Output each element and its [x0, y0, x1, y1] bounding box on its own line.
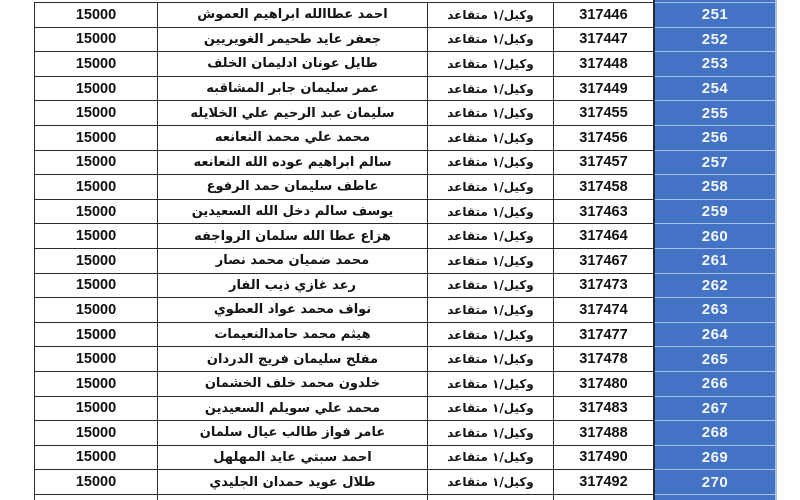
table-row: 15000محمد علي سويلم السعيدينوكيل/١ متقاع…	[35, 396, 654, 421]
id-cell: 317464	[554, 224, 654, 249]
rank-cell: وكيل/١ متقاعد	[428, 175, 554, 200]
serial-cell: 251	[655, 3, 775, 28]
id-cell: 317480	[554, 371, 654, 396]
table-row: 15000عمر سليمان جابر المشاقبهوكيل/١ متقا…	[35, 76, 654, 101]
empty-cell	[158, 494, 428, 500]
amount-cell: 15000	[35, 199, 158, 224]
amount-cell: 15000	[35, 396, 158, 421]
serial-cell: 259	[655, 200, 775, 225]
name-cell: محمد علي سويلم السعيدين	[158, 396, 428, 421]
table-row: 15000طلال عويد حمدان الجليديوكيل/١ متقاع…	[35, 470, 654, 495]
serial-cell: 270	[655, 470, 775, 495]
name-cell: هيثم محمد حامدالنعيمات	[158, 322, 428, 347]
amount-cell: 15000	[35, 125, 158, 150]
table-row: 15000احمد عطاالله ابراهيم العموشوكيل/١ م…	[35, 3, 654, 28]
table-row: 15000نواف محمد عواد العطويوكيل/١ متقاعد3…	[35, 298, 654, 323]
name-cell: طايل عونان ادليمان الخلف	[158, 52, 428, 77]
table-row: 15000عاطف سليمان حمد الرفوعوكيل/١ متقاعد…	[35, 175, 654, 200]
amount-cell: 15000	[35, 175, 158, 200]
amount-cell: 15000	[35, 248, 158, 273]
amount-cell: 15000	[35, 27, 158, 52]
table-row: 15000يوسف سالم دخل الله السعيدينوكيل/١ م…	[35, 199, 654, 224]
name-cell: سالم ابراهيم عوده الله النعانعه	[158, 150, 428, 175]
rank-cell: وكيل/١ متقاعد	[428, 3, 554, 28]
amount-cell: 15000	[35, 101, 158, 126]
name-cell: طلال عويد حمدان الجليدي	[158, 470, 428, 495]
table-row: 15000عامر فواز طالب عيال سلمانوكيل/١ متق…	[35, 421, 654, 446]
rank-cell: وكيل/١ متقاعد	[428, 224, 554, 249]
amount-cell: 15000	[35, 298, 158, 323]
name-cell: مفلح سليمان فريج الدردان	[158, 347, 428, 372]
table-row: 15000جعفر عايد طحيمر الغويريينوكيل/١ متق…	[35, 27, 654, 52]
table-row: 15000خلدون محمد خلف الخشمانوكيل/١ متقاعد…	[35, 371, 654, 396]
serial-cell: 257	[655, 151, 775, 176]
name-cell: خلدون محمد خلف الخشمان	[158, 371, 428, 396]
rank-cell: وكيل/١ متقاعد	[428, 470, 554, 495]
table-row-partial	[35, 494, 654, 500]
amount-cell: 15000	[35, 322, 158, 347]
name-cell: عاطف سليمان حمد الرفوع	[158, 175, 428, 200]
table-row: 15000هيثم محمد حامدالنعيماتوكيل/١ متقاعد…	[35, 322, 654, 347]
id-cell: 317447	[554, 27, 654, 52]
rank-cell: وكيل/١ متقاعد	[428, 52, 554, 77]
rank-cell: وكيل/١ متقاعد	[428, 322, 554, 347]
empty-cell	[554, 494, 654, 500]
id-cell: 317492	[554, 470, 654, 495]
rank-cell: وكيل/١ متقاعد	[428, 421, 554, 446]
amount-cell: 15000	[35, 3, 158, 28]
serial-cell: 254	[655, 77, 775, 102]
id-cell: 317455	[554, 101, 654, 126]
id-cell: 317446	[554, 3, 654, 28]
empty-cell	[428, 494, 554, 500]
serial-cell: 267	[655, 397, 775, 422]
serial-cell: 260	[655, 224, 775, 249]
id-cell: 317458	[554, 175, 654, 200]
table-row: 15000طايل عونان ادليمان الخلفوكيل/١ متقا…	[35, 52, 654, 77]
serial-cell: 263	[655, 298, 775, 323]
table-row: 15000سالم ابراهيم عوده الله النعانعهوكيل…	[35, 150, 654, 175]
id-cell: 317490	[554, 445, 654, 470]
rank-cell: وكيل/١ متقاعد	[428, 125, 554, 150]
serial-cell: 266	[655, 372, 775, 397]
id-cell: 317478	[554, 347, 654, 372]
retirees-list-page: 15000احمد عطاالله ابراهيم العموشوكيل/١ م…	[0, 0, 800, 500]
table-row: 15000احمد سبتي عايد المهلهلوكيل/١ متقاعد…	[35, 445, 654, 470]
serial-cell: 269	[655, 446, 775, 471]
id-cell: 317483	[554, 396, 654, 421]
table-row: 15000سليمان عبد الرحيم علي الخلايلهوكيل/…	[35, 101, 654, 126]
rank-cell: وكيل/١ متقاعد	[428, 76, 554, 101]
rank-cell: وكيل/١ متقاعد	[428, 248, 554, 273]
id-cell: 317449	[554, 76, 654, 101]
id-cell: 317477	[554, 322, 654, 347]
retirees-table: 15000احمد عطاالله ابراهيم العموشوكيل/١ م…	[34, 2, 654, 500]
rank-cell: وكيل/١ متقاعد	[428, 371, 554, 396]
rank-cell: وكيل/١ متقاعد	[428, 298, 554, 323]
serial-cell: 252	[655, 28, 775, 53]
rank-cell: وكيل/١ متقاعد	[428, 273, 554, 298]
rank-cell: وكيل/١ متقاعد	[428, 150, 554, 175]
amount-cell: 15000	[35, 150, 158, 175]
name-cell: رعد غازي ذيب الفار	[158, 273, 428, 298]
table-row: 15000هزاع عطا الله سلمان الرواجفهوكيل/١ …	[35, 224, 654, 249]
rank-cell: وكيل/١ متقاعد	[428, 347, 554, 372]
name-cell: جعفر عايد طحيمر الغويريين	[158, 27, 428, 52]
id-cell: 317474	[554, 298, 654, 323]
rank-cell: وكيل/١ متقاعد	[428, 396, 554, 421]
name-cell: سليمان عبد الرحيم علي الخلايله	[158, 101, 428, 126]
name-cell: هزاع عطا الله سلمان الرواجفه	[158, 224, 428, 249]
rows-body: 15000احمد عطاالله ابراهيم العموشوكيل/١ م…	[35, 3, 654, 500]
amount-cell: 15000	[35, 347, 158, 372]
name-cell: عمر سليمان جابر المشاقبه	[158, 76, 428, 101]
rank-cell: وكيل/١ متقاعد	[428, 445, 554, 470]
rank-cell: وكيل/١ متقاعد	[428, 199, 554, 224]
table-row: 15000محمد ضميان محمد نصاروكيل/١ متقاعد31…	[35, 248, 654, 273]
serial-cell: 268	[655, 421, 775, 446]
serial-cell: 261	[655, 249, 775, 274]
serial-cell: 253	[655, 52, 775, 77]
name-cell: نواف محمد عواد العطوي	[158, 298, 428, 323]
amount-cell: 15000	[35, 470, 158, 495]
serial-cell: 265	[655, 347, 775, 372]
amount-cell: 15000	[35, 371, 158, 396]
id-cell: 317488	[554, 421, 654, 446]
table-row: 15000محمد علي محمد النعانعهوكيل/١ متقاعد…	[35, 125, 654, 150]
amount-cell: 15000	[35, 224, 158, 249]
amount-cell: 15000	[35, 273, 158, 298]
amount-cell: 15000	[35, 421, 158, 446]
id-cell: 317457	[554, 150, 654, 175]
id-cell: 317448	[554, 52, 654, 77]
id-cell: 317456	[554, 125, 654, 150]
name-cell: عامر فواز طالب عيال سلمان	[158, 421, 428, 446]
amount-cell: 15000	[35, 76, 158, 101]
id-cell: 317467	[554, 248, 654, 273]
serial-cell: 264	[655, 323, 775, 348]
name-cell: محمد ضميان محمد نصار	[158, 248, 428, 273]
amount-cell: 15000	[35, 445, 158, 470]
name-cell: احمد سبتي عايد المهلهل	[158, 445, 428, 470]
empty-cell	[35, 494, 158, 500]
serial-column: 2512522532542552562572582592602612622632…	[653, 0, 777, 500]
serial-cell: 258	[655, 175, 775, 200]
rank-cell: وكيل/١ متقاعد	[428, 27, 554, 52]
name-cell: يوسف سالم دخل الله السعيدين	[158, 199, 428, 224]
serial-cell: 256	[655, 126, 775, 151]
id-cell: 317473	[554, 273, 654, 298]
name-cell: محمد علي محمد النعانعه	[158, 125, 428, 150]
rank-cell: وكيل/١ متقاعد	[428, 101, 554, 126]
table-row: 15000رعد غازي ذيب الفاروكيل/١ متقاعد3174…	[35, 273, 654, 298]
serial-cell: 255	[655, 101, 775, 126]
serial-cell: 262	[655, 274, 775, 299]
name-cell: احمد عطاالله ابراهيم العموش	[158, 3, 428, 28]
table-row: 15000مفلح سليمان فريج الدردانوكيل/١ متقا…	[35, 347, 654, 372]
id-cell: 317463	[554, 199, 654, 224]
amount-cell: 15000	[35, 52, 158, 77]
